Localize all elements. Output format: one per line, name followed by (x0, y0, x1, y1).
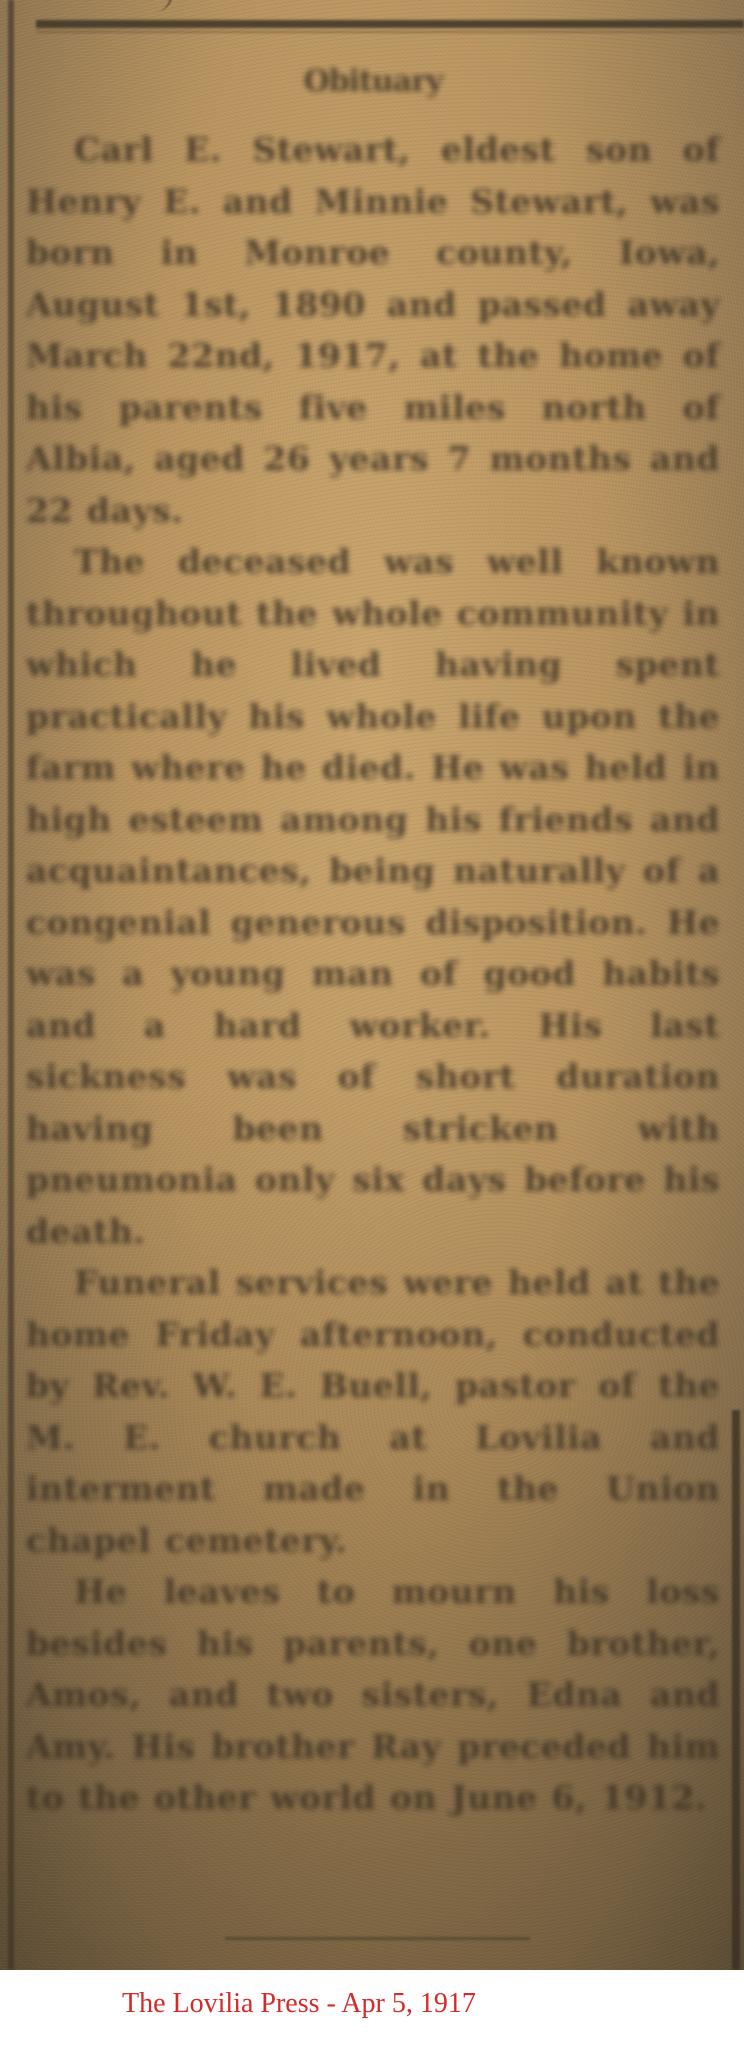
source-caption: The Lovilia Press - Apr 5, 1917 (0, 1987, 744, 2021)
top-rule (36, 20, 744, 28)
obituary-article: Obituary Carl E. Stewart, eldest son of … (26, 60, 720, 1824)
paragraph-survivors: He leaves to mourn his loss besides his … (26, 1566, 720, 1824)
paragraph-character: The deceased was well known throughout t… (26, 536, 720, 1257)
right-column-rule (732, 1410, 740, 1970)
top-rule-thin (36, 31, 744, 33)
end-rule (225, 1937, 530, 1940)
headline: Obituary (26, 60, 720, 104)
paragraph-funeral: Funeral services were held at the home F… (26, 1257, 720, 1566)
column-mark (150, 0, 173, 12)
left-column-rule (8, 0, 14, 1970)
paragraph-birth-death: Carl E. Stewart, eldest son of Henry E. … (26, 124, 720, 536)
newspaper-clipping: Obituary Carl E. Stewart, eldest son of … (0, 0, 744, 1970)
